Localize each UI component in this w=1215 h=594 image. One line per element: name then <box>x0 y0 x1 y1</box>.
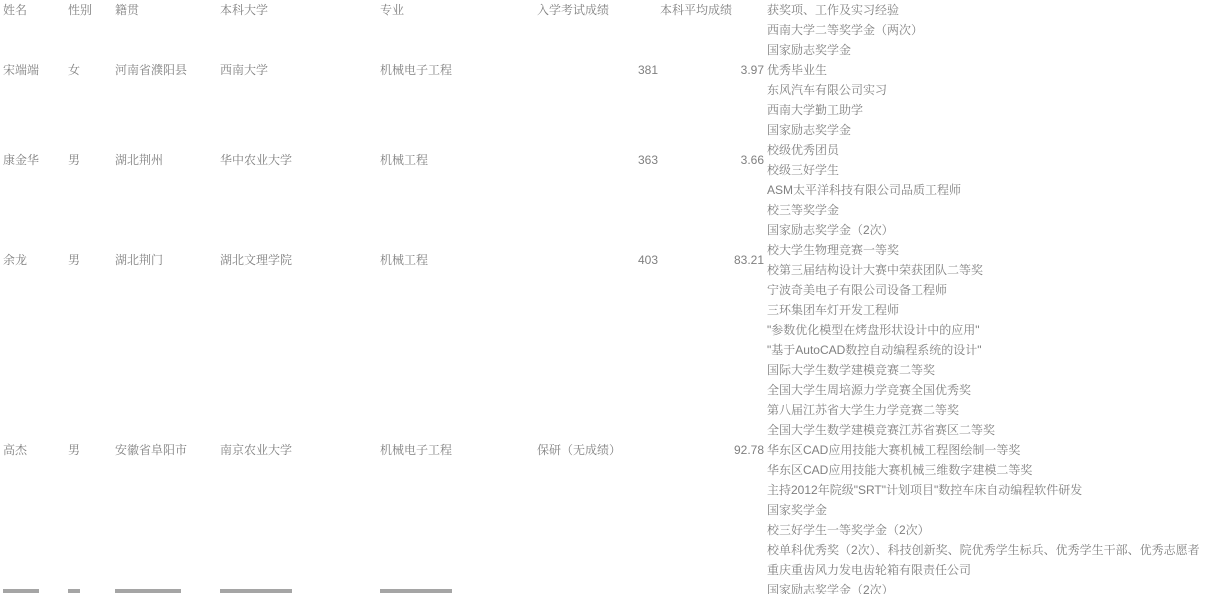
cell-gpa: 3.97 <box>660 20 766 120</box>
cell-gpa <box>660 580 766 594</box>
award-line: ASM太平洋科技有限公司品质工程师 <box>767 180 1215 200</box>
student-row-clipped: 国家励志奖学金（2次） <box>0 580 1215 594</box>
award-line: 主持2012年院级"SRT"计划项目"数控车床自动编程软件研发 <box>767 480 1215 500</box>
cell-awards: 西南大学二等奖学金（两次） 国家励志奖学金 优秀毕业生 东风汽车有限公司实习 西… <box>766 20 1215 120</box>
header-awards: 获奖项、工作及实习经验 <box>766 0 1215 20</box>
cell-hometown: 湖北荆门 <box>112 200 217 320</box>
cell-university: 西南大学 <box>217 20 377 120</box>
award-line: 优秀毕业生 <box>767 60 1215 80</box>
award-line: 国际大学生数学建模竞赛二等奖 <box>767 360 1215 380</box>
award-line: 国家励志奖学金 <box>767 120 1215 140</box>
clipped-text-remnant <box>220 589 292 593</box>
cell-name: 宋端端 <box>0 20 65 120</box>
cell-major: 机械电子工程 <box>377 320 534 580</box>
award-line: 国家奖学金 <box>767 500 1215 520</box>
cell-major: 机械工程 <box>377 200 534 320</box>
clipped-text-remnant <box>380 589 452 593</box>
clipped-text-remnant <box>3 589 39 593</box>
cell-awards: 校三等奖学金 国家励志奖学金（2次） 校大学生物理竞赛一等奖 校第三届结构设计大… <box>766 200 1215 320</box>
award-line: 校第三届结构设计大赛中荣获团队二等奖 <box>767 260 1215 280</box>
header-row: 姓名 性别 籍贯 本科大学 专业 入学考试成绩 本科平均成绩 获奖项、工作及实习… <box>0 0 1215 20</box>
student-row: 高杰 男 安徽省阜阳市 南京农业大学 机械电子工程 保研（无成绩） 92.78 … <box>0 320 1215 580</box>
cell-gender: 男 <box>65 320 112 580</box>
award-line: 华东区CAD应用技能大赛机械三维数字建模二等奖 <box>767 460 1215 480</box>
cell-university: 华中农业大学 <box>217 120 377 200</box>
award-line: 西南大学勤工助学 <box>767 100 1215 120</box>
cell-awards: 国家励志奖学金（2次） <box>766 580 1215 594</box>
award-line: 华东区CAD应用技能大赛机械工程图绘制一等奖 <box>767 440 1215 460</box>
cell-awards: "参数优化模型在烤盘形状设计中的应用" "基于AutoCAD数控自动编程系统的设… <box>766 320 1215 580</box>
cell-name: 余龙 <box>0 200 65 320</box>
cell-university: 湖北文理学院 <box>217 200 377 320</box>
award-line: 校级优秀团员 <box>767 140 1215 160</box>
cell-gpa: 92.78 <box>660 320 766 580</box>
award-line: 国家励志奖学金（2次） <box>767 220 1215 240</box>
award-line: 校单科优秀奖（2次）、科技创新奖、院优秀学生标兵、优秀学生干部、优秀志愿者 <box>767 540 1215 560</box>
award-line: 校级三好学生 <box>767 160 1215 180</box>
award-line: 东风汽车有限公司实习 <box>767 80 1215 100</box>
cell-entrance-score <box>534 580 660 594</box>
header-gender: 性别 <box>65 0 112 20</box>
cell-hometown: 安徽省阜阳市 <box>112 320 217 580</box>
cell-entrance-score: 363 <box>534 120 660 200</box>
students-table: 姓名 性别 籍贯 本科大学 专业 入学考试成绩 本科平均成绩 获奖项、工作及实习… <box>0 0 1215 594</box>
award-line: "参数优化模型在烤盘形状设计中的应用" <box>767 320 1215 340</box>
clipped-text-remnant <box>68 589 80 593</box>
award-line: 国家励志奖学金（2次） <box>767 580 1215 594</box>
cell-awards: 国家励志奖学金 校级优秀团员 校级三好学生 ASM太平洋科技有限公司品质工程师 <box>766 120 1215 200</box>
header-university: 本科大学 <box>217 0 377 20</box>
cell-hometown: 湖北荆州 <box>112 120 217 200</box>
cell-major: 机械电子工程 <box>377 20 534 120</box>
cell-entrance-score: 381 <box>534 20 660 120</box>
student-row: 康金华 男 湖北荆州 华中农业大学 机械工程 363 3.66 国家励志奖学金 … <box>0 120 1215 200</box>
header-major: 专业 <box>377 0 534 20</box>
cell-entrance-score: 保研（无成绩） <box>534 320 660 580</box>
header-name: 姓名 <box>0 0 65 20</box>
award-line: 全国大学生数学建模竞赛江苏省赛区二等奖 <box>767 420 1215 440</box>
student-row: 宋端端 女 河南省濮阳县 西南大学 机械电子工程 381 3.97 西南大学二等… <box>0 20 1215 120</box>
header-entrance-score: 入学考试成绩 <box>534 0 660 20</box>
cell-entrance-score: 403 <box>534 200 660 320</box>
student-row: 余龙 男 湖北荆门 湖北文理学院 机械工程 403 83.21 校三等奖学金 国… <box>0 200 1215 320</box>
cell-name: 高杰 <box>0 320 65 580</box>
award-line: 全国大学生周培源力学竞赛全国优秀奖 <box>767 380 1215 400</box>
award-line: 重庆重齿风力发电齿轮箱有限责任公司 <box>767 560 1215 580</box>
award-line: 宁波奇美电子有限公司设备工程师 <box>767 280 1215 300</box>
cell-gpa: 83.21 <box>660 200 766 320</box>
award-line: 校三等奖学金 <box>767 200 1215 220</box>
award-line: "基于AutoCAD数控自动编程系统的设计" <box>767 340 1215 360</box>
cell-hometown: 河南省濮阳县 <box>112 20 217 120</box>
award-line: 校三好学生一等奖学金（2次） <box>767 520 1215 540</box>
cell-gender: 男 <box>65 120 112 200</box>
header-gpa: 本科平均成绩 <box>660 0 766 20</box>
student-roster-page: 姓名 性别 籍贯 本科大学 专业 入学考试成绩 本科平均成绩 获奖项、工作及实习… <box>0 0 1215 594</box>
cell-gender: 女 <box>65 20 112 120</box>
award-line: 校大学生物理竞赛一等奖 <box>767 240 1215 260</box>
clipped-text-remnant <box>115 589 181 593</box>
cell-university: 南京农业大学 <box>217 320 377 580</box>
cell-major: 机械工程 <box>377 120 534 200</box>
award-line: 三环集团车灯开发工程师 <box>767 300 1215 320</box>
award-line: 第八届江苏省大学生力学竞赛二等奖 <box>767 400 1215 420</box>
cell-name: 康金华 <box>0 120 65 200</box>
award-line: 西南大学二等奖学金（两次） <box>767 20 1215 40</box>
header-hometown: 籍贯 <box>112 0 217 20</box>
cell-gender: 男 <box>65 200 112 320</box>
award-line: 国家励志奖学金 <box>767 40 1215 60</box>
cell-gpa: 3.66 <box>660 120 766 200</box>
